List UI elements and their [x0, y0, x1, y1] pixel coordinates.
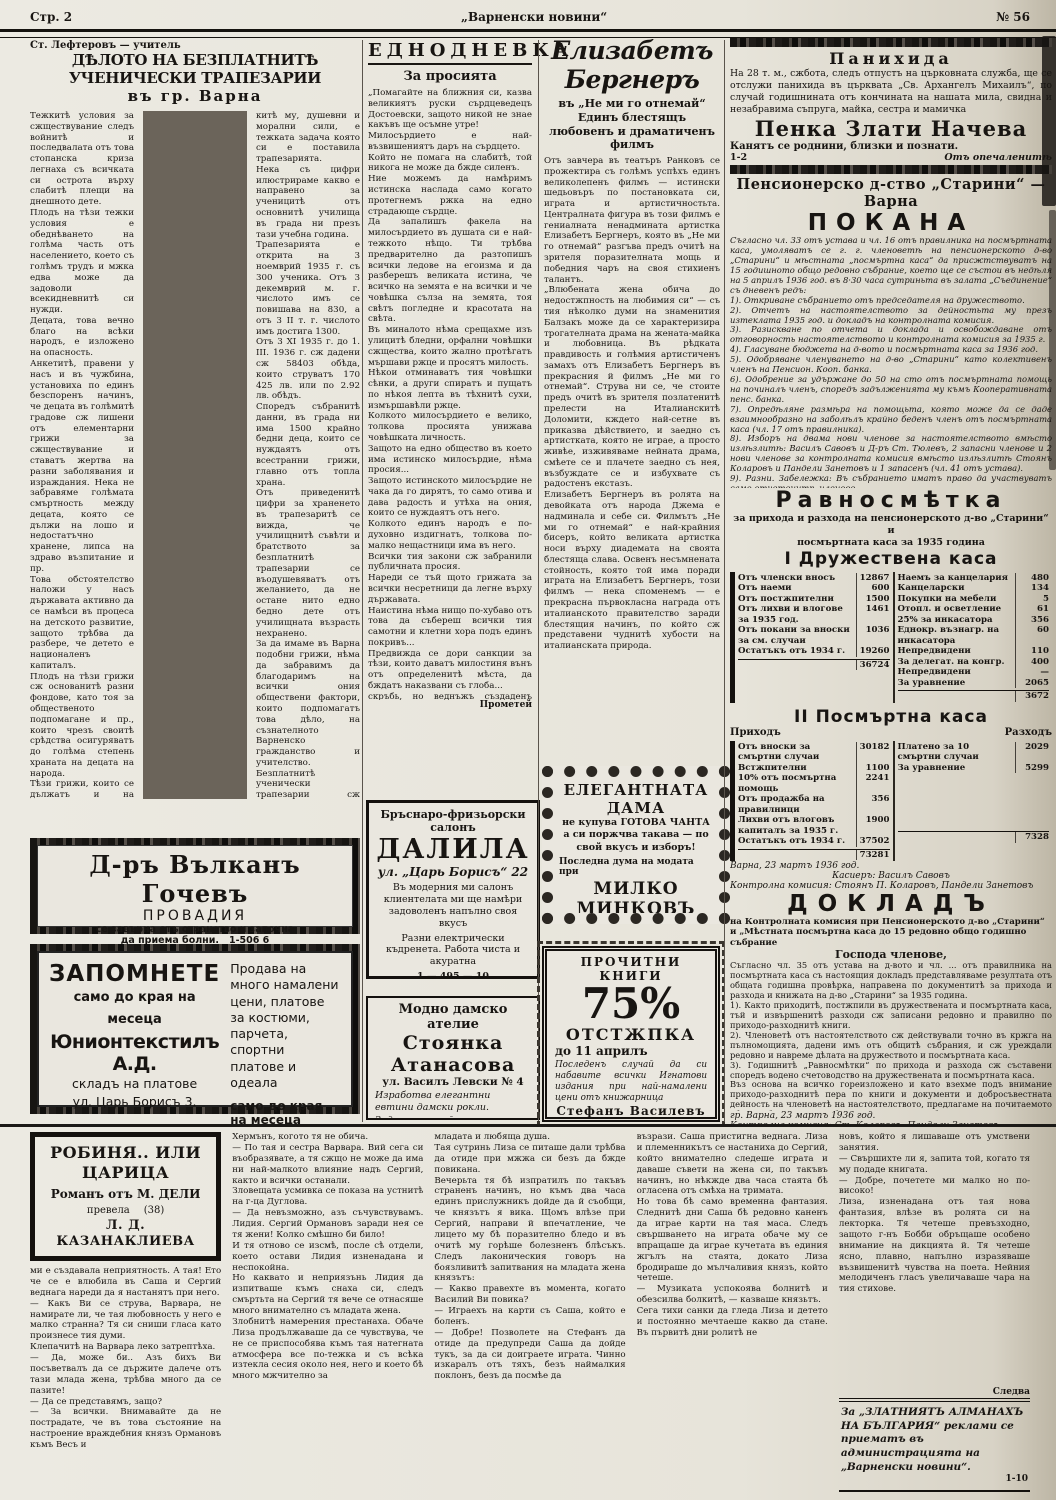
row-value: 19260	[856, 646, 890, 656]
ad-firm-offer-deadline: само до края на месеца	[230, 1099, 341, 1127]
article-byline: Ст. Лефтеровъ — учитель	[30, 40, 360, 51]
row-value: 12867	[856, 573, 890, 583]
report-subtitle: на Контролната комисия при Пенсионерскот…	[730, 917, 1052, 948]
section-rule	[0, 1124, 1056, 1127]
row-label: Отъ членски вносъ	[738, 573, 835, 583]
table-row: Непредвидени—	[898, 667, 1050, 677]
invitation-intro: Съгласно чл. 33 отъ устава и чл. 16 отъ …	[730, 236, 1052, 295]
ad-remember-deadline: само до края на месеца	[49, 987, 220, 1031]
expense-total: 7328	[1015, 832, 1049, 842]
article-column-1: Тежкитѣ условия за сжществувание следъ в…	[30, 111, 134, 799]
ad-books-foot: Не пропущайте случай да си набавите книг…	[562, 1118, 700, 1122]
society-cash-title: I Дружествена каса	[730, 549, 1052, 569]
report-title: ДОКЛАДЪ	[730, 891, 1052, 917]
column-divider	[538, 40, 539, 1122]
table-row: Остатъкъ отъ 1934 г.19260	[738, 646, 890, 656]
table-row: Отъ постжпителни1500	[738, 594, 890, 604]
invitation-block: Съгласно чл. 33 отъ устава и чл. 16 отъ …	[730, 236, 1052, 488]
death-cash-table: Отъ вноски за смъртни случаи30182 Встжпи…	[730, 741, 1052, 861]
ad-milko-address: с-щу Кино Ранковъ	[568, 919, 693, 924]
balance-sheet-sub2: посмъртната каса за 1935 година	[730, 537, 1052, 549]
row-value: 110	[1015, 646, 1049, 656]
ad-elegant-lady-title: ЕЛЕГАНТНАТА ДАМА	[559, 781, 713, 817]
row-value: 60	[1015, 625, 1049, 646]
table-row: Отъ членски вносъ12867	[738, 573, 890, 583]
row-value: 1900	[856, 815, 890, 836]
film-body: Отъ завчера въ театъръ Ранковъ се прожек…	[544, 156, 720, 716]
table-row: Отъ покани за вноски за см. случаи1036	[738, 625, 890, 646]
report-body: Съгласно чл. 35 отъ устава на д-вото и ч…	[730, 961, 1052, 1111]
row-label: Непредвидени	[898, 667, 971, 677]
row-value: 356	[856, 794, 890, 815]
ad-doctor-name: Д-ръ Вълканъ Гочевъ	[44, 850, 346, 908]
death-cash-title: II Посмъртна каса	[730, 707, 1052, 727]
table-row: Непредвидени110	[898, 646, 1050, 656]
page-header: Стр. 2 „Варненски новини“ № 56	[30, 10, 1030, 24]
row-value: 37502	[856, 836, 890, 846]
row-value: —	[1015, 667, 1049, 677]
row-label: Отъ покани за вноски за см. случаи	[738, 625, 852, 646]
novel-part-number: (38)	[144, 1205, 165, 1218]
ad-milko-address-row: с-щу Кино Ранковъ 2	[559, 919, 713, 924]
income-total: 36724	[856, 660, 890, 670]
article-title: ДѢЛОТО НА БЕЗПЛАТНИТѢ УЧЕНИЧЕСКИ ТРАПЕЗА…	[30, 51, 360, 87]
novel-translator: Л. Д. КАЗАНАКЛИЕВА	[40, 1218, 211, 1251]
column-divider	[362, 40, 363, 1122]
row-value: 2029	[1015, 742, 1049, 763]
ad-stoyanka-body: Изработва елегантни евтини дамски рокли.…	[375, 1090, 520, 1120]
row-label: Отъ наеми	[738, 583, 792, 593]
novel-column: младата и любяща душа. Тая сутринь Лиза …	[434, 1132, 625, 1492]
page-number: Стр. 2	[30, 10, 72, 24]
row-value: 1036	[856, 625, 890, 646]
agenda-item: 6). Одобрение за удържане до 50 на сто о…	[730, 375, 1052, 405]
row-label: Встжпителни	[738, 763, 807, 773]
ad-milko-sub: Последна дума на модата при	[559, 857, 713, 877]
ad-books-body: Последенъ случай да си набавите всички И…	[555, 1060, 707, 1104]
scan-noise-bar	[730, 38, 1052, 47]
ad-milko-minkov: ЕЛЕГАНТНАТА ДАМА не купува ГОТОВА ЧАНТА …	[542, 766, 730, 924]
ad-stoyanka-name: Стоянка Атанасова	[375, 1032, 531, 1076]
novel-byline: Романъ отъ М. ДЕЛИ	[40, 1187, 211, 1202]
ad-dalila-body2: Разни електрически къдренета. Работа чис…	[376, 933, 530, 969]
novel-text: младата и любяща душа. Тая сутринь Лиза …	[434, 1132, 625, 1492]
table-row: Платено за 10 смъртни случаи2029	[898, 742, 1050, 763]
ad-milko-num: 2	[696, 919, 704, 924]
row-value: 2241	[856, 773, 890, 794]
control-commission: Контролна комисия: Стоянъ П. Коларовъ, П…	[730, 881, 1052, 891]
ad-books-percent: 75%	[555, 983, 707, 1025]
novel-text: възрази. Саша пристигна веднага. Лиза и …	[637, 1132, 828, 1492]
ad-stoyanka: Модно дамско ателие Стоянка Атанасова ул…	[366, 996, 540, 1120]
ad-bookstore-name: Стефанъ Василевъ	[555, 1104, 707, 1118]
row-label: Отъ лихви и влогове за 1935 год.	[738, 604, 852, 625]
row-value: 400	[1015, 657, 1049, 667]
ad-dalila-top: Бръснаро-фризьорски салонъ	[376, 808, 530, 834]
column-rule	[143, 111, 247, 799]
row-label: Отъ постжпителни	[738, 594, 834, 604]
article-trapezarii: Ст. Лефтеровъ — учитель ДѢЛОТО НА БЕЗПЛА…	[30, 40, 360, 799]
ad-remember-headline: ЗАПОМНЕТЕ	[49, 961, 220, 987]
ad-golden-almanac: За „ЗЛАТНИЯТЪ АЛМАНАХЪ НА БЪЛГАРИЯ“ рекл…	[839, 1398, 1030, 1492]
row-value: 1461	[856, 604, 890, 625]
row-label: Лихви отъ влоговъ капиталъ за 1935 г.	[738, 815, 852, 836]
ad-books-foot-row: Не пропущайте случай да си набавите книг…	[555, 1118, 707, 1122]
novel-column: новъ, който я лишаваше отъ умствени заня…	[839, 1132, 1030, 1492]
row-label: 25% за инкасатора	[898, 615, 993, 625]
ad-stoyanka-address: ул. Василъ Левски № 4	[375, 1076, 531, 1088]
table-row: Лихви отъ влоговъ капиталъ за 1935 г.190…	[738, 815, 890, 836]
row-value: 480	[1015, 573, 1049, 583]
table-total-row: 73281	[738, 849, 890, 860]
right-column: Панихида На 28 т. м., сжбота, следъ отпу…	[730, 36, 1052, 1124]
ednodnevka-signature: Прометей	[368, 700, 532, 710]
row-value: 356	[1015, 615, 1049, 625]
income-column: Отъ вноски за смъртни случаи30182 Встжпи…	[735, 741, 893, 861]
row-label: Отопл. и осветление	[898, 604, 1002, 614]
agenda-item: 3). Разискване по отчета и доклада и осв…	[730, 325, 1052, 345]
society-cash-table: Отъ членски вносъ12867 Отъ наеми600 Отъ …	[730, 572, 1052, 703]
obituary-code: 1-2	[730, 152, 747, 163]
issue-number: № 56	[996, 10, 1030, 24]
obituary-body: На 28 т. м., сжбота, следъ отпустъ на цъ…	[730, 68, 1052, 116]
novel-continued-marker: Следва	[839, 1387, 1030, 1398]
cashier-signature: Касиеръ: Василъ Савовъ	[730, 871, 1052, 881]
table-row: За уравнение2065	[898, 678, 1050, 688]
row-label: Наемъ за канцелария	[898, 573, 1009, 583]
ad-almanac-text: За „ЗЛАТНИЯТЪ АЛМАНАХЪ НА БЪЛГАРИЯ“ рекл…	[841, 1406, 1024, 1473]
novel-title-box: РОБИНЯ.. ИЛИ ЦАРИЦА Романъ отъ М. ДЕЛИ п…	[30, 1132, 221, 1261]
row-label: Непредвидени	[898, 646, 971, 656]
table-row: Покупки на мебели5	[898, 594, 1050, 604]
income-total: 73281	[856, 850, 890, 860]
balance-date: Варна, 23 мартъ 1936 год.	[730, 861, 1052, 871]
novel-text: Хермънъ, когото тя не обича. — По тая и …	[232, 1132, 423, 1492]
film-title: Елизабетъ Бергнеръ	[544, 36, 720, 94]
report-salutation: Господа членове,	[730, 948, 1052, 961]
table-row: Отопл. и осветление61	[898, 604, 1050, 614]
report-place-date: гр. Варна, 23 мартъ 1936 год.	[730, 1111, 1052, 1121]
society-name: Пенсионерско д-ство „Старини“ — Варна	[730, 176, 1052, 210]
agenda-item: 7). Опредѣляне размѣра на помощьта, коят…	[730, 405, 1052, 435]
expense-column: Наемъ за канцелария480 Канцеларски134 По…	[893, 572, 1053, 703]
ad-doctor-city: ПРОВАДИЯ	[44, 908, 346, 924]
article-column-2: китѣ му, душевни и морални сили, е тежка…	[256, 111, 360, 799]
novel-column: Хермънъ, когото тя не обича. — По тая и …	[232, 1132, 423, 1492]
row-value: 1500	[856, 594, 890, 604]
scan-noise-bar	[730, 165, 1052, 174]
row-label: Платено за 10 смъртни случаи	[898, 742, 1012, 763]
ednodnevka-column: ЕДНОДНЕВКА За просията „Помагайте на бли…	[368, 40, 532, 710]
film-review-column: Елизабетъ Бергнеръ въ „Не ми го отнемай“…	[544, 36, 720, 716]
table-row: Остатъкъ отъ 1934 г.37502	[738, 836, 890, 846]
table-row: За уравнение5299	[898, 763, 1050, 773]
novel-text: ми е създавала неприятность. А тая! Ето …	[30, 1266, 221, 1492]
income-header: Приходъ	[730, 727, 781, 738]
novel-translator-label: превела	[87, 1205, 130, 1218]
ad-elegant-lady-body: не купува ГОТОВА ЧАНТА а си поржчва така…	[559, 817, 713, 854]
ad-books-discount: ПРОЧИТНИ КНИГИ 75% ОТСТЖПКА до 11 априлъ…	[542, 946, 720, 1122]
income-column: Отъ членски вносъ12867 Отъ наеми600 Отъ …	[735, 572, 893, 703]
ad-firm-offer: Продава на много намалени цени, платове …	[230, 961, 341, 1091]
balance-sheet-sub1: за прихода и разхода на пенсионерското д…	[730, 513, 1052, 537]
ad-doctor-gochev: Д-ръ Вълканъ Гочевъ ПРОВАДИЯ се завърна …	[30, 838, 360, 934]
row-value: 61	[1015, 604, 1049, 614]
ednodnevka-masthead: ЕДНОДНЕВКА	[368, 40, 532, 65]
row-label: Отъ вноски за смъртни случаи	[738, 742, 852, 763]
row-value: 5299	[1015, 763, 1049, 773]
table-total-row: 7328	[898, 831, 1050, 842]
ad-books-discount-word: ОТСТЖПКА	[555, 1025, 707, 1044]
row-label: 10% отъ посмъртна помощь	[738, 773, 852, 794]
table-row: Отъ лихви и влогове за 1935 год.1461	[738, 604, 890, 625]
ad-firm-warehouse: складъ на платове	[49, 1075, 220, 1093]
ad-uniontextile: ЗАПОМНЕТЕ само до края на месеца Юнионте…	[30, 944, 360, 1114]
table-row: Канцеларски134	[898, 583, 1050, 593]
row-label: Остатъкъ отъ 1934 г.	[738, 836, 845, 846]
ednodnevka-title: За просията	[368, 69, 532, 84]
table-row: За делегат. на конгр.400	[898, 657, 1050, 667]
row-value: 2065	[1015, 678, 1049, 688]
row-label: Покупки на мебели	[898, 594, 997, 604]
table-row: Наемъ за канцелария480	[898, 573, 1050, 583]
table-row: Отъ вноски за смъртни случаи30182	[738, 742, 890, 763]
table-row: Отъ продажба на правилници356	[738, 794, 890, 815]
novel-title: РОБИНЯ.. ИЛИ ЦАРИЦА	[40, 1143, 211, 1183]
novel-text: новъ, който я лишаваше отъ умствени заня…	[839, 1132, 1030, 1387]
table-row: 25% за инкасатора356	[898, 615, 1050, 625]
ad-books-date: до 11 априлъ	[555, 1044, 707, 1058]
row-label: Канцеларски	[898, 583, 965, 593]
table-row: Еднокр. възнагр. на инкасатора60	[898, 625, 1050, 646]
ad-almanac-code: 1-10	[841, 1474, 1028, 1486]
row-value: 600	[856, 583, 890, 593]
ad-dalila: Бръснаро-фризьорски салонъ ДАЛИЛА ул. „Ц…	[366, 800, 540, 979]
obituary-panihida: Панихида На 28 т. м., сжбота, следъ отпу…	[730, 49, 1052, 163]
ad-dalila-code: 1 — 495 — 10	[376, 971, 530, 979]
ad-firm-name: Юнионтекстилъ А.Д.	[49, 1031, 220, 1075]
ad-firm-address: ул. Царь Борисъ 3.	[49, 1093, 220, 1111]
ednodnevka-body: „Помагайте на ближния си, казва великият…	[368, 88, 532, 700]
balance-sheet-title: Равносмѣтка	[730, 488, 1052, 513]
obituary-name: Пенка Злати Начева	[730, 116, 1052, 141]
row-value: 30182	[856, 742, 890, 763]
novel-column: РОБИНЯ.. ИЛИ ЦАРИЦА Романъ отъ М. ДЕЛИ п…	[30, 1132, 221, 1492]
obituary-title: Панихида	[730, 49, 1052, 68]
column-divider	[724, 40, 725, 1122]
row-label: За уравнение	[898, 763, 966, 773]
ad-dalila-body: Въ модерния ми салонъ клиентелата ми ще …	[376, 882, 530, 930]
row-label: Отъ продажба на правилници	[738, 794, 852, 815]
row-label: За уравнение	[898, 678, 966, 688]
agenda-item: 2). Отчетъ на настоятелството за дейност…	[730, 306, 1052, 326]
table-row: 10% отъ посмъртна помощь2241	[738, 773, 890, 794]
ad-milko-name: МИЛКО МИНКОВЪ	[559, 879, 713, 919]
novel-column: възрази. Саша пристигна веднага. Лиза и …	[637, 1132, 828, 1492]
agenda-item: 9). Разни. Забележка: Въ събранието имат…	[730, 474, 1052, 488]
row-value: 1100	[856, 763, 890, 773]
ad-dalila-name: ДАЛИЛА	[376, 834, 530, 865]
film-subtitle: въ „Не ми го отнемай“ Единъ блестящъ люб…	[544, 97, 720, 152]
row-label: Еднокр. възнагр. на инкасатора	[898, 625, 1012, 646]
expense-total: 3672	[1015, 691, 1049, 701]
row-value: 134	[1015, 583, 1049, 593]
row-value: 5	[1015, 594, 1049, 604]
ad-stoyanka-top: Модно дамско ателие	[375, 1002, 531, 1032]
table-row: Встжпителни1100	[738, 763, 890, 773]
agenda-item: 5). Одобряване членуването на д-во „Стар…	[730, 355, 1052, 375]
table-row: Отъ наеми600	[738, 583, 890, 593]
invitation-title: ПОКАНА	[730, 210, 1052, 236]
row-label: Остатъкъ отъ 1934 г.	[738, 646, 845, 656]
agenda-item: 8). Изборъ на двама нови членове за наст…	[730, 434, 1052, 474]
expense-header: Разходъ	[1005, 727, 1052, 738]
newspaper-page: { "header": {"page_label": "Стр. 2", "ti…	[0, 0, 1056, 1500]
ad-stoyanka-body-row: Изработва елегантни евтини дамски рокли.…	[375, 1090, 531, 1120]
row-label: За делегат. на конгр.	[898, 657, 1005, 667]
article-subtitle: въ гр. Варна	[30, 87, 360, 105]
table-total-row: 3672	[898, 690, 1050, 701]
expense-column: Платено за 10 смъртни случаи2029 За урав…	[893, 741, 1053, 861]
newspaper-title: „Варненски новини“	[461, 10, 607, 24]
novel-feuilleton: РОБИНЯ.. ИЛИ ЦАРИЦА Романъ отъ М. ДЕЛИ п…	[30, 1132, 1030, 1492]
ad-doctor-line1: се завърна отъ странство и започна	[44, 924, 346, 935]
table-total-row: 36724	[738, 659, 890, 670]
obituary-from: Отъ опечаленитѣ	[944, 152, 1052, 163]
obituary-invite: Канятъ се роднини, близки и познати.	[730, 141, 1052, 152]
ad-dalila-address: ул. „Царь Борисъ“ 22	[376, 865, 530, 879]
